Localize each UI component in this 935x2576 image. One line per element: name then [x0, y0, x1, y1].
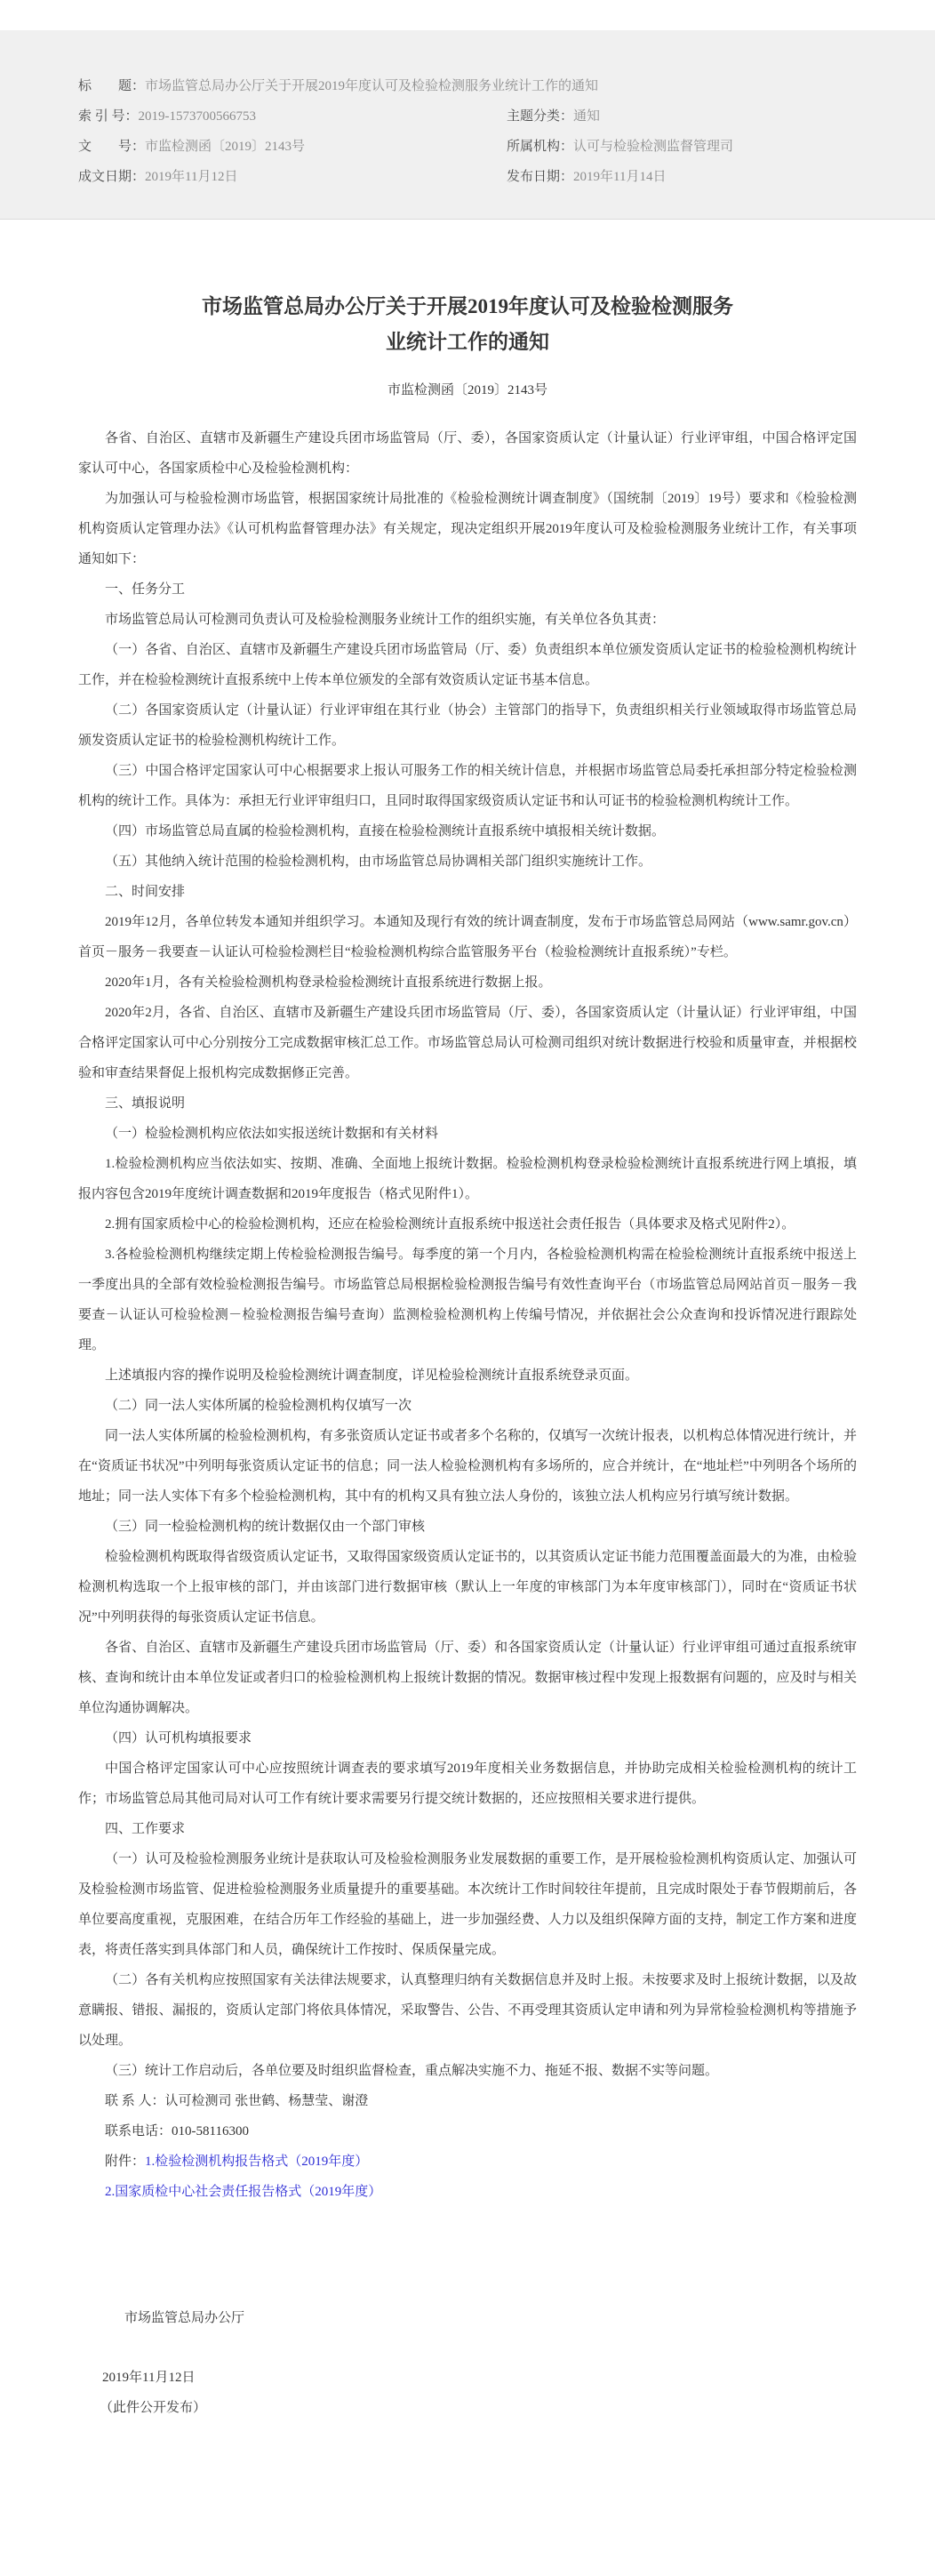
bottom-margin	[78, 2423, 857, 2503]
signature-org: 市场监管总局办公厅	[78, 2303, 857, 2333]
meta-row-category: 主题分类：通知	[507, 101, 882, 132]
attachments-line-2: 2.国家质检中心社会责任报告格式（2019年度）	[78, 2177, 857, 2207]
meta-grid: 索 引 号：2019-1573700566753 主题分类：通知 文 号：市监检…	[78, 101, 882, 192]
public-release-note: （此件公开发布）	[78, 2393, 857, 2423]
meta-doc-no-value: 市监检测函〔2019〕2143号	[145, 140, 305, 154]
document-title: 市场监管总局办公厅关于开展2019年度认可及检验检测服务业统计工作的通知	[201, 289, 734, 361]
contact-phone-line: 联系电话：010-58116300	[78, 2116, 857, 2147]
document-body: 各省、自治区、直辖市及新疆生产建设兵团市场监管局（厅、委），各国家资质认定（计量…	[78, 423, 857, 2086]
meta-title-value: 市场监管总局办公厅关于开展2019年度认可及检验检测服务业统计工作的通知	[145, 79, 598, 93]
section-heading: （三）同一检验检测机构的统计数据仅由一个部门审核	[78, 1512, 857, 1542]
meta-row-date-written: 成文日期：2019年11月12日	[78, 162, 507, 192]
meta-org-value: 认可与检验检测监督管理司	[573, 140, 733, 154]
paragraph: 同一法人实体所属的检验检测机构，有多张资质认定证书或者多个名称的，仅填写一次统计…	[78, 1421, 857, 1512]
paragraph: （五）其他纳入统计范围的检验检测机构，由市场监管总局协调相关部门组织实施统计工作…	[78, 847, 857, 877]
document-number: 市监检测函〔2019〕2143号	[78, 375, 857, 405]
meta-date-written-value: 2019年11月12日	[145, 170, 237, 184]
paragraph: （三）中国合格评定国家认可中心根据要求上报认可服务工作的相关统计信息，并根据市场…	[78, 756, 857, 816]
meta-row-date-published: 发布日期：2019年11月14日	[507, 162, 882, 192]
paragraph: 各省、自治区、直辖市及新疆生产建设兵团市场监管局（厅、委）和各国家资质认定（计量…	[78, 1633, 857, 1723]
section-heading: 二、时间安排	[78, 877, 857, 907]
section-heading: （四）认可机构填报要求	[78, 1723, 857, 1753]
section-heading: 一、任务分工	[78, 574, 857, 605]
meta-title-label: 标 题：	[78, 79, 145, 93]
section-heading: （一）检验检测机构应依法如实报送统计数据和有关材料	[78, 1119, 857, 1149]
page: 标 题：市场监管总局办公厅关于开展2019年度认可及检验检测服务业统计工作的通知…	[0, 0, 935, 2576]
attachment-link-1[interactable]: 1.检验检测机构报告格式（2019年度）	[145, 2155, 368, 2169]
paragraph: （四）市场监管总局直属的检验检测机构，直接在检验检测统计直报系统中填报相关统计数…	[78, 816, 857, 847]
meta-date-written-label: 成文日期：	[78, 170, 145, 184]
paragraph: 2.拥有国家质检中心的检验检测机构，还应在检验检测统计直报系统中报送社会责任报告…	[78, 1209, 857, 1240]
meta-index-label: 索 引 号：	[78, 109, 139, 124]
signature-date: 2019年11月12日	[78, 2363, 857, 2393]
paragraph: （三）统计工作启动后，各单位要及时组织监督检查，重点解决实施不力、拖延不报、数据…	[78, 2056, 857, 2086]
paragraph: 2020年1月，各有关检验检测机构登录检验检测统计直报系统进行数据上报。	[78, 967, 857, 998]
paragraph: 2019年12月，各单位转发本通知并组织学习。本通知及现行有效的统计调查制度，发…	[78, 907, 857, 967]
paragraph: （二）各有关机构应按照国家有关法律法规要求，认真整理归纳有关数据信息并及时上报。…	[78, 1965, 857, 2056]
meta-date-published-value: 2019年11月14日	[573, 170, 666, 184]
paragraph: 为加强认可与检验检测市场监管，根据国家统计局批准的《检验检测统计调查制度》（国统…	[78, 484, 857, 574]
meta-row-title: 标 题：市场监管总局办公厅关于开展2019年度认可及检验检测服务业统计工作的通知	[78, 71, 882, 101]
attachments-line-1: 附件：1.检验检测机构报告格式（2019年度）	[78, 2147, 857, 2177]
meta-row-doc-no: 文 号：市监检测函〔2019〕2143号	[78, 132, 507, 162]
document-area: 市场监管总局办公厅关于开展2019年度认可及检验检测服务业统计工作的通知 市监检…	[0, 289, 935, 2503]
document-meta-panel: 标 题：市场监管总局办公厅关于开展2019年度认可及检验检测服务业统计工作的通知…	[0, 30, 935, 220]
meta-date-published-label: 发布日期：	[507, 170, 573, 184]
section-heading: （二）同一法人实体所属的检验检测机构仅填写一次	[78, 1391, 857, 1421]
meta-category-value: 通知	[573, 109, 600, 124]
paragraph: （二）各国家资质认定（计量认证）行业评审组在其行业（协会）主管部门的指导下，负责…	[78, 695, 857, 756]
meta-index-value: 2019-1573700566753	[139, 109, 257, 124]
paragraph: 各省、自治区、直辖市及新疆生产建设兵团市场监管局（厅、委），各国家资质认定（计量…	[78, 423, 857, 484]
paragraph: （一）认可及检验检测服务业统计是获取认可及检验检测服务业发展数据的重要工作，是开…	[78, 1844, 857, 1965]
contact-person-line: 联 系 人：认可检测司 张世鹤、杨慧莹、谢澄	[78, 2086, 857, 2116]
meta-doc-no-label: 文 号：	[78, 140, 145, 154]
section-heading: 四、工作要求	[78, 1814, 857, 1844]
top-margin	[0, 0, 935, 30]
paragraph: 中国合格评定国家认可中心应按照统计调查表的要求填写2019年度相关业务数据信息，…	[78, 1753, 857, 1814]
meta-org-label: 所属机构：	[507, 140, 573, 154]
paragraph: 上述填报内容的操作说明及检验检测统计调查制度，详见检验检测统计直报系统登录页面。	[78, 1360, 857, 1391]
signature-block: 市场监管总局办公厅 2019年11月12日 （此件公开发布）	[78, 2303, 857, 2423]
paragraph: 1.检验检测机构应当依法如实、按期、准确、全面地上报统计数据。检验检测机构登录检…	[78, 1149, 857, 1209]
paragraph: 3.各检验检测机构继续定期上传检验检测报告编号。每季度的第一个月内，各检验检测机…	[78, 1240, 857, 1360]
meta-category-label: 主题分类：	[507, 109, 573, 124]
section-heading: 三、填报说明	[78, 1088, 857, 1119]
meta-row-index: 索 引 号：2019-1573700566753	[78, 101, 507, 132]
paragraph: （一）各省、自治区、直辖市及新疆生产建设兵团市场监管局（厅、委）负责组织本单位颁…	[78, 635, 857, 695]
paragraph: 市场监管总局认可检测司负责认可及检验检测服务业统计工作的组织实施，有关单位各负其…	[78, 605, 857, 635]
meta-row-org: 所属机构：认可与检验检测监督管理司	[507, 132, 882, 162]
attachments-label: 附件：	[105, 2155, 145, 2169]
paragraph: 检验检测机构既取得省级资质认定证书，又取得国家级资质认定证书的，以其资质认定证书…	[78, 1542, 857, 1633]
attachment-link-2[interactable]: 2.国家质检中心社会责任报告格式（2019年度）	[105, 2185, 381, 2199]
paragraph: 2020年2月，各省、自治区、直辖市及新疆生产建设兵团市场监管局（厅、委），各国…	[78, 998, 857, 1088]
